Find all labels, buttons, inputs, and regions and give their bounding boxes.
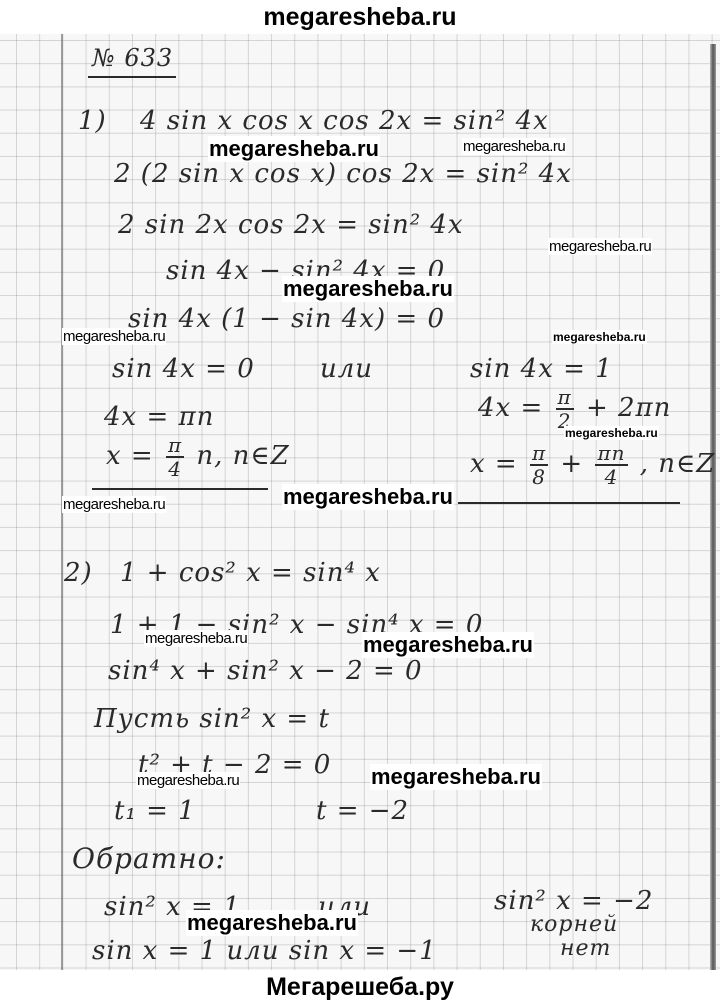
watermark: megaresheba.ru — [552, 330, 647, 344]
left-answer-rule — [92, 488, 268, 490]
site-footer: Мегарешеба.ру — [0, 970, 720, 1004]
watermark: megaresheba.ru — [548, 238, 652, 255]
watermark: megaresheba.ru — [144, 630, 248, 647]
watermark: megaresheba.ru — [282, 276, 454, 302]
site-header: megaresheba.ru — [0, 0, 720, 36]
part2-label: 2) — [64, 558, 93, 588]
fraction-pi-over-8: π 8 — [530, 442, 548, 488]
part1-or-word: или — [320, 354, 373, 384]
part1-left-branch-2: 4x = πn — [104, 402, 214, 432]
part1-left-answer: x = π 4 n, n∈Z — [106, 434, 290, 480]
site-header-text: megaresheba.ru — [263, 3, 456, 31]
right-answer-rule — [458, 502, 680, 504]
part2-line-4: Пусть sin² x = t — [94, 704, 330, 734]
back-sub-heading: Обратно: — [72, 842, 226, 875]
watermark: megaresheba.ru — [362, 632, 534, 658]
no-roots-line-1: корней — [530, 912, 618, 937]
watermark: megaresheba.ru — [62, 496, 166, 513]
watermark: megaresheba.ru — [62, 328, 166, 345]
watermark: megaresheba.ru — [136, 772, 240, 789]
root-t2: t = −2 — [316, 796, 409, 826]
part2-line-3: sin⁴ x + sin² x − 2 = 0 — [108, 656, 423, 686]
watermark: megaresheba.ru — [186, 910, 358, 936]
final-line: sin x = 1 или sin x = −1 — [92, 936, 437, 966]
fraction-pi-over-4: π 4 — [166, 434, 184, 480]
part1-left-branch-1: sin 4x = 0 — [112, 354, 255, 384]
fraction-pin-over-4: πn 4 — [595, 442, 627, 488]
part1-line-5: sin 4x (1 − sin 4x) = 0 — [128, 304, 445, 334]
part1-line-1: 4 sin x cos x cos 2x = sin² 4x — [140, 106, 549, 136]
site-footer-text: Мегарешеба.ру — [266, 973, 454, 1001]
watermark: megaresheba.ru — [564, 426, 659, 440]
watermark: megaresheba.ru — [282, 484, 454, 510]
right-step-suffix: + 2πn — [586, 393, 671, 423]
watermark: megaresheba.ru — [370, 764, 542, 790]
watermark: megaresheba.ru — [462, 138, 566, 155]
notebook-page: № 633 1) 4 sin x cos x cos 2x = sin² 4x … — [0, 34, 720, 970]
right-step-prefix: 4x = — [478, 393, 543, 423]
page-edge-shadow — [710, 44, 716, 970]
part2-line-1: 1 + cos² x = sin⁴ x — [120, 558, 381, 588]
no-roots-line-2: нет — [560, 936, 611, 961]
part1-right-branch-1: sin 4x = 1 — [470, 354, 613, 384]
problem-number-underline — [88, 76, 176, 78]
problem-number: № 633 — [92, 44, 173, 72]
part1-label: 1) — [78, 106, 107, 136]
part1-right-answer: x = π 8 + πn 4 , n∈Z — [470, 442, 715, 488]
root-t1: t₁ = 1 — [114, 796, 196, 826]
watermark: megaresheba.ru — [208, 136, 380, 162]
part1-line-2: 2 (2 sin x cos x) cos 2x = sin² 4x — [114, 159, 572, 189]
part1-line-3: 2 sin 2x cos 2x = sin² 4x — [118, 210, 464, 240]
